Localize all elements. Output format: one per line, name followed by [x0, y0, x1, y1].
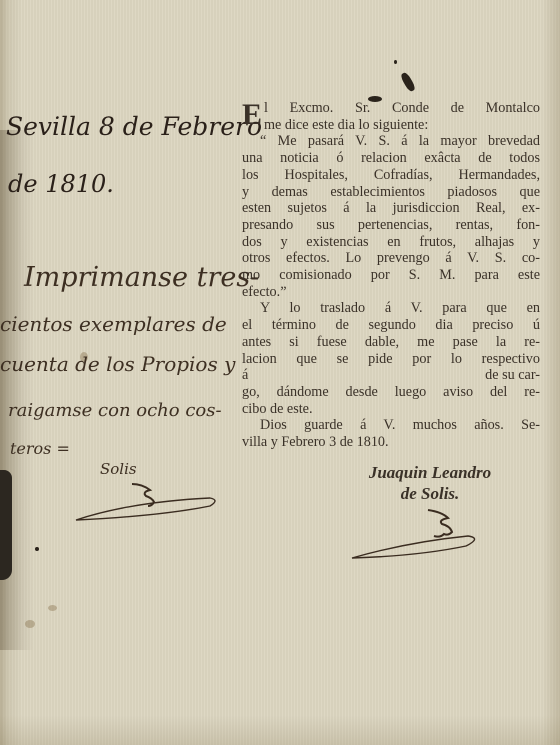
ink-blot	[35, 547, 39, 551]
printed-line: Dios guarde á V. muchos años. Se-	[242, 417, 540, 434]
printed-line: me dice este dia lo siguiente:	[242, 117, 540, 134]
printed-signature: Juaquin Leandro de Solis.	[330, 462, 530, 504]
printed-line: Y lo traslado á V. para que en	[242, 300, 540, 317]
handwritten-dateline-1: Sevilla 8 de Febrero	[6, 112, 262, 141]
handwritten-note-line-5: teros =	[10, 439, 70, 458]
printed-line: l Excmo. Sr. Conde de Montalco	[242, 100, 540, 117]
foxing-stain	[25, 620, 35, 628]
printed-line-with-blank: á de su car-	[242, 367, 540, 384]
handwritten-dateline-2: de 1810.	[8, 170, 114, 198]
printed-line: otros efectos. Lo prevengo á V. S. co-	[242, 250, 540, 267]
printed-line: antes si fuese dable, me pase la re-	[242, 334, 540, 351]
printed-line: go, dándome desde luego aviso del re-	[242, 384, 540, 401]
printed-line: villa y Febrero 3 de 1810.	[242, 434, 540, 451]
printed-line: el término de segundo dia preciso ú	[242, 317, 540, 334]
torn-edge	[0, 470, 12, 580]
printed-line: y demas establecimientos piadosos que	[242, 184, 540, 201]
printed-signature-line-2: de Solis.	[330, 483, 530, 504]
printed-line: una noticia ó relacion exâcta de todos	[242, 150, 540, 167]
printed-fragment: á	[242, 367, 248, 384]
handwritten-note-line-4: raigamse con ocho cos-	[8, 400, 222, 421]
printed-signature-line-1: Juaquin Leandro	[330, 462, 530, 483]
signature-flourish-left	[70, 478, 240, 528]
handwritten-note-line-2: cientos exemplares de	[0, 312, 227, 336]
printed-fragment: de su car-	[485, 367, 540, 384]
printed-line: dos y existencias en frutos, alhajas y	[242, 234, 540, 251]
handwritten-note-line-3: cuenta de los Propios y	[0, 352, 235, 376]
printed-line: lacion que se pide por lo respectivo	[242, 351, 540, 368]
ink-blot	[394, 60, 397, 64]
handwritten-note-line-1: Imprimanse tres-	[24, 262, 259, 293]
printed-line: efecto.”	[242, 284, 540, 301]
printed-line: mo comisionado por S. M. para este	[242, 267, 540, 284]
printed-body: E l Excmo. Sr. Conde de Montalco me dice…	[242, 100, 540, 451]
foxing-stain	[48, 605, 57, 611]
printed-line: esten sujetos á la jurisdiccion Real, ex…	[242, 200, 540, 217]
handwritten-signature-name: Solis	[100, 460, 137, 478]
drop-cap: E	[242, 102, 262, 128]
printed-line: los Hospitales, Cofradías, Hermandades,	[242, 167, 540, 184]
printed-line: “ Me pasará V. S. á la mayor brevedad	[242, 133, 540, 150]
printed-line: cibo de este.	[242, 401, 540, 418]
signature-flourish-right	[348, 508, 488, 568]
printed-line: presando sus pertenencias, rentas, fon-	[242, 217, 540, 234]
